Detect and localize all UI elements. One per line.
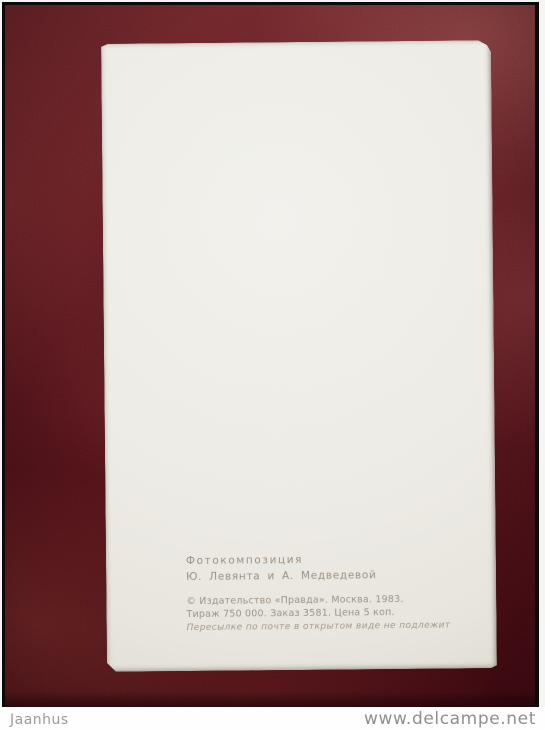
photo-credit-title: Фотокомпозиция xyxy=(186,553,450,568)
imprint-print-run-line: Тираж 750 000. Заказ 3581. Цена 5 коп. xyxy=(186,606,450,621)
publisher-imprint: © Издательство «Правда». Москва. 1983. Т… xyxy=(186,594,450,635)
postcard-back: Фотокомпозиция Ю. Левянта и А. Медведево… xyxy=(101,40,497,672)
postcard-text-block: Фотокомпозиция Ю. Левянта и А. Медведево… xyxy=(186,553,451,635)
imprint-mailing-note-line: Пересылке по почте в открытом виде не по… xyxy=(187,620,451,635)
watermark-seller: Jaanhus xyxy=(10,712,69,728)
photo-black-frame: Фотокомпозиция Ю. Левянта и А. Медведево… xyxy=(2,2,539,707)
watermark-strip: Jaanhus www.delcampe.net xyxy=(0,707,545,730)
postcard-scan-photo: Фотокомпозиция Ю. Левянта и А. Медведево… xyxy=(0,0,545,730)
photo-credit-authors: Ю. Левянта и А. Медведевой xyxy=(186,569,450,584)
watermark-site: www.delcampe.net xyxy=(364,709,536,729)
leather-background: Фотокомпозиция Ю. Левянта и А. Медведево… xyxy=(5,5,535,707)
